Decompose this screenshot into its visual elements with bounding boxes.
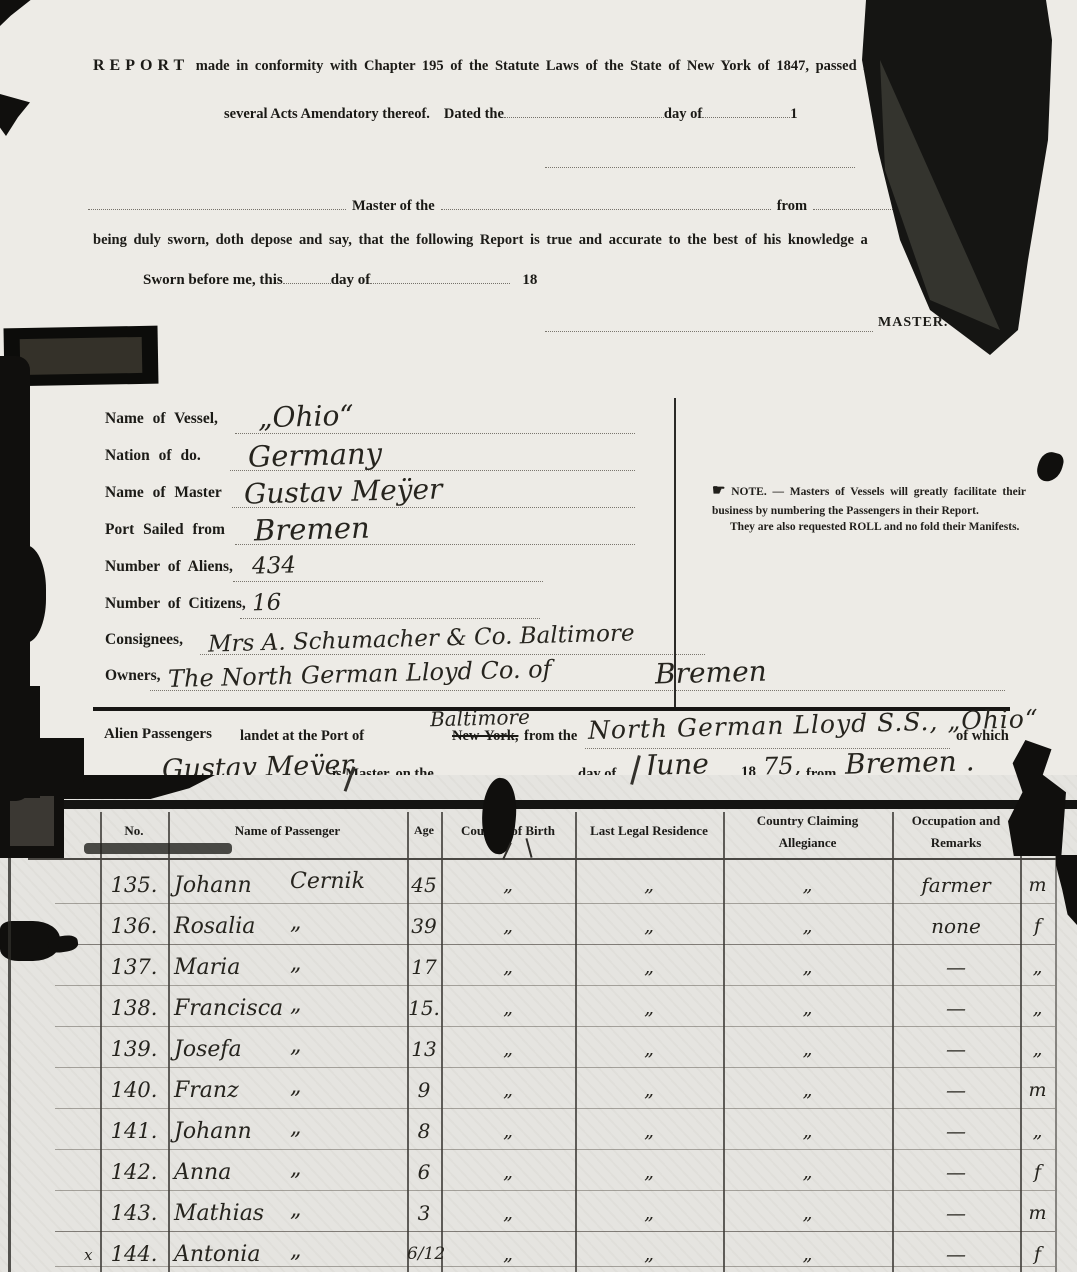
owners-value: The North German Lloyd Co. of [168, 655, 552, 693]
row-number: 139. [111, 1037, 158, 1061]
cell-occupation: — [892, 955, 1020, 979]
surname: „ [290, 1074, 301, 1099]
surname: „ [290, 910, 301, 935]
cell-age: 15. [407, 996, 441, 1020]
dayof-blank [702, 102, 790, 118]
scan-artifact [1056, 855, 1077, 925]
table-row: 139. Josefa„ 13 „ „ „ — „ [100, 1029, 1055, 1069]
given-name: Antonia [174, 1242, 260, 1267]
cell-last-legal-residence: „ [575, 1161, 723, 1183]
dayof-label: day of [664, 106, 702, 123]
header-country-claiming: Country Claiming [723, 813, 892, 829]
cell-occupation: — [892, 996, 1020, 1020]
table-row: 142. Anna„ 6 „ „ „ — f [100, 1152, 1055, 1192]
row-number: 137. [111, 955, 158, 979]
note-line1-wrap: ☛ NOTE. — Masters of Vessels will greatl… [712, 481, 1026, 519]
cell-age: 6/12 [407, 1244, 441, 1264]
cell-no: 135. [100, 873, 168, 897]
table-row: 140. Franz„ 9 „ „ „ — m [100, 1070, 1055, 1110]
cell-country-of-birth: „ [441, 1161, 575, 1183]
cell-last-legal-residence: „ [575, 1120, 723, 1142]
cell-age: 3 [407, 1201, 441, 1225]
table-row: x144. Antonia„ 6/12 „ „ „ — f [100, 1234, 1055, 1272]
header-no: No. [100, 823, 168, 839]
header-allegiance: Allegiance [723, 835, 892, 851]
cell-no: 137. [100, 955, 168, 979]
cell-country-of-birth: „ [441, 915, 575, 937]
cell-age: 39 [407, 914, 441, 938]
nation-value: Germany [248, 436, 383, 473]
cell-sex: f [1020, 915, 1055, 937]
field-label-vessel: Name of Vessel, [105, 410, 218, 428]
form-divider-line [674, 398, 676, 710]
alien-passengers-label: Alien Passengers [104, 726, 212, 743]
vessel-name-blank [441, 194, 771, 210]
cell-country-claiming: „ [723, 1079, 892, 1101]
sworn-dayof-label: day of [331, 272, 371, 289]
header-last-legal-residence: Last Legal Residence [575, 823, 723, 839]
master-signature-line [545, 330, 873, 332]
cell-no: 140. [100, 1078, 168, 1102]
pen-scribble [525, 838, 532, 858]
from-the-label: from the [524, 728, 577, 745]
consignees-value: Mrs A. Schumacher & Co. Baltimore [208, 620, 635, 657]
cell-age: 13 [407, 1037, 441, 1061]
field-label-master: Name of Master [105, 484, 222, 502]
row-number: 136. [111, 914, 158, 938]
field-label-consignees: Consignees, [105, 631, 183, 649]
note-text1: NOTE. — Masters of Vessels will greatly … [712, 486, 1026, 517]
cell-country-claiming: „ [723, 1038, 892, 1060]
landed-at-label: landet at the Port of [240, 728, 364, 745]
amendatory-line: several Acts Amendatory thereof. Dated t… [224, 102, 797, 123]
ink-block-inner [20, 337, 143, 375]
note-box: ☛ NOTE. — Masters of Vessels will greatl… [712, 481, 1026, 536]
cell-no: 143. [100, 1201, 168, 1225]
cell-no: 142. [100, 1160, 168, 1184]
given-name: Anna [174, 1160, 231, 1185]
from-label: from [771, 198, 813, 215]
cell-occupation: none [892, 914, 1020, 938]
surname: „ [290, 992, 301, 1017]
cell-sex: f [1020, 1161, 1055, 1183]
cell-occupation: farmer [892, 873, 1020, 897]
surname: Cernik [290, 869, 365, 894]
scanned-manifest-document: REPORT made in conformity with Chapter 1… [0, 0, 1077, 1272]
cell-no: 139. [100, 1037, 168, 1061]
given-name: Johann [174, 873, 252, 898]
cell-sex: f [1020, 1243, 1055, 1265]
cell-country-of-birth: „ [441, 1120, 575, 1142]
row-number: 135. [111, 873, 158, 897]
given-name: Francisca [174, 996, 283, 1021]
row-number: 141. [111, 1119, 158, 1143]
cell-country-of-birth: „ [441, 1038, 575, 1060]
vessel-name-value: „Ohio“ [258, 399, 354, 434]
given-name: Mathias [174, 1201, 264, 1226]
cell-occupation: — [892, 1078, 1020, 1102]
cell-country-claiming: „ [723, 1202, 892, 1224]
cell-age: 45 [407, 873, 441, 897]
cell-age: 9 [407, 1078, 441, 1102]
row-number: 143. [111, 1201, 158, 1225]
blank-line [545, 166, 855, 168]
torn-corner-black [850, 0, 1077, 420]
surname: „ [290, 1033, 301, 1058]
report-word: REPORT [93, 57, 189, 74]
field-label-nation: Nation of do. [105, 447, 201, 465]
cell-country-of-birth: „ [441, 1243, 575, 1265]
table-top-border [0, 800, 1077, 809]
scan-edge-line [8, 858, 11, 1272]
cell-name: Francisca„ [168, 996, 407, 1021]
sworn-month-blank [370, 268, 510, 284]
surname: „ [290, 1115, 301, 1140]
amendatory-text: several Acts Amendatory thereof. [224, 106, 430, 123]
master-of-the-label: Master of the [346, 198, 441, 215]
dated-blank [504, 102, 664, 118]
header-age: Age [405, 823, 443, 838]
cell-sex: „ [1020, 997, 1055, 1019]
cell-last-legal-residence: „ [575, 1038, 723, 1060]
cell-sex: m [1020, 1079, 1055, 1101]
cell-last-legal-residence: „ [575, 1079, 723, 1101]
cell-country-claiming: „ [723, 874, 892, 896]
torn-corner-artifact [850, 0, 1077, 420]
cell-country-claiming: „ [723, 915, 892, 937]
ink-blot [478, 776, 520, 855]
surname: „ [290, 1156, 301, 1181]
cell-occupation: — [892, 1160, 1020, 1184]
port-corrected-hand: Baltimore [430, 705, 530, 732]
row-number: 138. [111, 996, 158, 1020]
scan-artifact [0, 94, 30, 136]
cell-occupation: — [892, 1119, 1020, 1143]
given-name: Johann [174, 1119, 252, 1144]
cell-name: Maria„ [168, 955, 407, 980]
given-name: Josefa [174, 1037, 242, 1062]
cell-no: 138. [100, 996, 168, 1020]
cell-country-claiming: „ [723, 997, 892, 1019]
cell-name: Anna„ [168, 1160, 407, 1185]
sworn-before-label: Sworn before me, this [143, 272, 283, 289]
cell-no: 141. [100, 1119, 168, 1143]
row-number: 140. [111, 1078, 158, 1102]
table-row: 138. Francisca„ 15. „ „ „ — „ [100, 988, 1055, 1028]
field-label-port: Port Sailed from [105, 521, 225, 539]
header-bottom-line [28, 858, 1060, 860]
cell-age: 6 [407, 1160, 441, 1184]
pointing-hand-icon: ☛ [712, 483, 725, 499]
header-occupation: Occupation and [892, 813, 1020, 829]
note-text2: They are also requested ROLL and no fold… [712, 519, 1026, 536]
cell-occupation: — [892, 1242, 1020, 1266]
aliens-count-value: 434 [252, 552, 297, 579]
cell-name: Antonia„ [168, 1242, 407, 1267]
sworn-statement: being duly sworn, doth depose and say, t… [93, 232, 868, 249]
field-label-owners: Owners, [105, 667, 161, 685]
row-number: 142. [111, 1160, 158, 1184]
given-name: Franz [174, 1078, 239, 1103]
cell-age: 8 [407, 1119, 441, 1143]
cell-last-legal-residence: „ [575, 1202, 723, 1224]
cell-country-of-birth: „ [441, 997, 575, 1019]
given-name: Rosalia [174, 914, 255, 939]
cell-country-of-birth: „ [441, 874, 575, 896]
scan-artifact [1035, 449, 1066, 484]
cell-country-claiming: „ [723, 1243, 892, 1265]
port-struck-text: New-York, [452, 728, 518, 745]
cell-country-of-birth: „ [441, 1079, 575, 1101]
scan-artifact [84, 843, 232, 854]
field-rule [233, 580, 543, 582]
cell-country-claiming: „ [723, 1120, 892, 1142]
citizens-count-value: 16 [252, 590, 282, 617]
cell-country-claiming: „ [723, 956, 892, 978]
field-label-citizens: Number of Citizens, [105, 595, 246, 613]
master-name-blank [88, 194, 346, 210]
scan-edge-band [0, 545, 46, 643]
row-number: 144. [111, 1242, 158, 1266]
surname: „ [290, 951, 301, 976]
year-partial: 1 [790, 106, 797, 123]
table-row: 135. JohannCernik 45 „ „ „ farmer m [100, 865, 1055, 905]
cell-country-claiming: „ [723, 1161, 892, 1183]
given-name: Maria [174, 955, 240, 980]
cell-name: Mathias„ [168, 1201, 407, 1226]
cell-country-of-birth: „ [441, 956, 575, 978]
header-name: Name of Passenger [168, 823, 407, 839]
owners-port-value: Bremen [655, 655, 768, 691]
cell-last-legal-residence: „ [575, 915, 723, 937]
master-line: Master of the from [88, 194, 903, 215]
cell-sex: „ [1020, 956, 1055, 978]
scan-edge-band [0, 738, 84, 796]
cell-sex: „ [1020, 1038, 1055, 1060]
sworn-before-line: Sworn before me, this day of 18 [143, 268, 537, 289]
cell-name: Rosalia„ [168, 914, 407, 939]
port-sailed-value: Bremen [254, 510, 371, 547]
cell-last-legal-residence: „ [575, 1243, 723, 1265]
report-title-line: REPORT made in conformity with Chapter 1… [93, 57, 892, 75]
dated-label: Dated the [444, 106, 504, 123]
field-label-aliens: Number of Aliens, [105, 558, 233, 576]
cell-last-legal-residence: „ [575, 874, 723, 896]
cell-last-legal-residence: „ [575, 956, 723, 978]
cell-last-legal-residence: „ [575, 997, 723, 1019]
cell-name: Josefa„ [168, 1037, 407, 1062]
cell-occupation: — [892, 1037, 1020, 1061]
cell-sex: m [1020, 874, 1055, 896]
cell-name: Johann„ [168, 1119, 407, 1144]
col-line [1055, 812, 1057, 1272]
surname: „ [290, 1238, 301, 1263]
cell-name: Franz„ [168, 1078, 407, 1103]
row-prefix: x [84, 1246, 92, 1264]
cell-age: 17 [407, 955, 441, 979]
cell-country-of-birth: „ [441, 1202, 575, 1224]
scan-artifact [0, 0, 36, 26]
cell-occupation: — [892, 1201, 1020, 1225]
cell-no: x144. [100, 1242, 168, 1266]
table-row: 137. Maria„ 17 „ „ „ — „ [100, 947, 1055, 987]
report-title-rest: made in conformity with Chapter 195 of t… [196, 58, 892, 74]
passenger-table-strip: No. Name of Passenger Age Country of Bir… [0, 775, 1077, 1272]
cell-sex: „ [1020, 1120, 1055, 1142]
table-row: 136. Rosalia„ 39 „ „ „ none f [100, 906, 1055, 946]
table-row: 141. Johann„ 8 „ „ „ — „ [100, 1111, 1055, 1151]
cell-sex: m [1020, 1202, 1055, 1224]
sworn-year: 18 [510, 272, 537, 289]
sworn-day-blank [283, 268, 331, 284]
field-rule [240, 617, 540, 619]
surname: „ [290, 1197, 301, 1222]
cell-name: JohannCernik [168, 873, 407, 898]
master-name-value: Gustav Meÿer [244, 472, 443, 510]
table-row: 143. Mathias„ 3 „ „ „ — m [100, 1193, 1055, 1233]
header-remarks: Remarks [892, 835, 1020, 851]
cell-no: 136. [100, 914, 168, 938]
